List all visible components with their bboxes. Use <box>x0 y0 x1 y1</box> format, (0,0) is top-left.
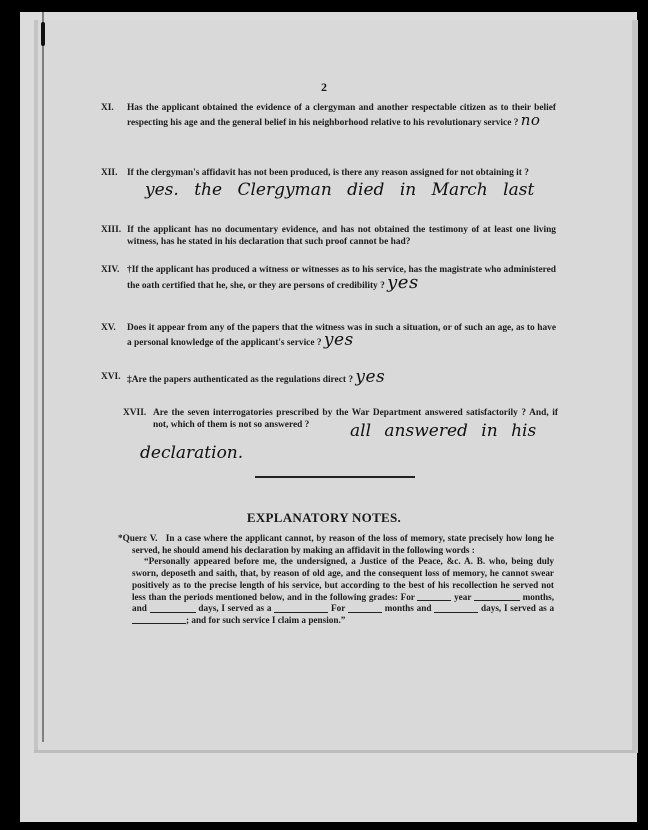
blank-line <box>474 594 520 601</box>
question-number: XII. <box>101 168 117 180</box>
notes-paragraph-2: “Personally appeared before me, the unde… <box>132 556 554 626</box>
handwritten-answer: yes <box>324 330 354 350</box>
question-xiv: XIV. †If the applicant has produced a wi… <box>101 265 556 292</box>
notes-paragraph-1: *Querε V. In a case where the applicant … <box>132 533 554 556</box>
question-number: XIII. <box>101 225 121 237</box>
blank-line <box>348 606 382 613</box>
blank-line <box>274 606 328 613</box>
affidavit-text: days, I served as a <box>481 603 554 613</box>
affidavit-text: months <box>385 603 414 613</box>
question-text: If the applicant has no documentary evid… <box>127 225 556 247</box>
question-text: Has the applicant obtained the evidence … <box>127 103 556 128</box>
question-xvi: XVI. ‡Are the papers authenticated as th… <box>101 372 556 387</box>
document-content: 2 XI. Has the applicant obtained the evi… <box>0 0 648 830</box>
handwritten-answer: yes. the Clergyman died in March last <box>145 180 565 200</box>
question-number: XVII. <box>123 408 146 420</box>
affidavit-text: For <box>331 603 345 613</box>
blank-line <box>417 594 451 601</box>
question-number: XI. <box>101 103 114 115</box>
question-number: XIV. <box>101 265 119 277</box>
question-xi: XI. Has the applicant obtained the evide… <box>101 103 556 129</box>
question-text: If the clergyman's affidavit has not bee… <box>127 168 529 178</box>
affidavit-text: days, I served as a <box>198 603 271 613</box>
question-xv: XV. Does it appear from any of the paper… <box>101 323 556 349</box>
question-text: ‡Are the papers authenticated as the reg… <box>127 375 353 385</box>
explanatory-notes: *Querε V. In a case where the applicant … <box>142 533 554 627</box>
affidavit-text: and <box>417 603 432 613</box>
explanatory-notes-title: EXPLANATORY NOTES. <box>0 510 648 526</box>
handwritten-answer: all answered in his declaration. <box>140 420 540 464</box>
question-text: †If the applicant has produced a witness… <box>127 265 556 291</box>
page-number: 2 <box>0 80 648 95</box>
handwritten-answer: yes <box>355 367 385 387</box>
blank-line <box>434 606 478 613</box>
blank-line <box>150 606 196 613</box>
question-xii: XII. If the clergyman's affidavit has no… <box>101 168 556 180</box>
question-number: XVI. <box>101 372 121 384</box>
query-label: *Querε V. <box>118 533 157 543</box>
notes-text: In a case where the applicant cannot, by… <box>132 533 554 555</box>
handwritten-answer: no <box>521 111 541 129</box>
question-number: XV. <box>101 323 116 335</box>
affidavit-text: ; and for such service I claim a pension… <box>186 615 345 625</box>
section-divider <box>255 476 415 478</box>
question-xiii: XIII. If the applicant has no documentar… <box>101 225 556 248</box>
handwritten-answer: yes <box>387 272 419 293</box>
blank-line <box>132 617 186 624</box>
affidavit-text: year <box>454 592 471 602</box>
